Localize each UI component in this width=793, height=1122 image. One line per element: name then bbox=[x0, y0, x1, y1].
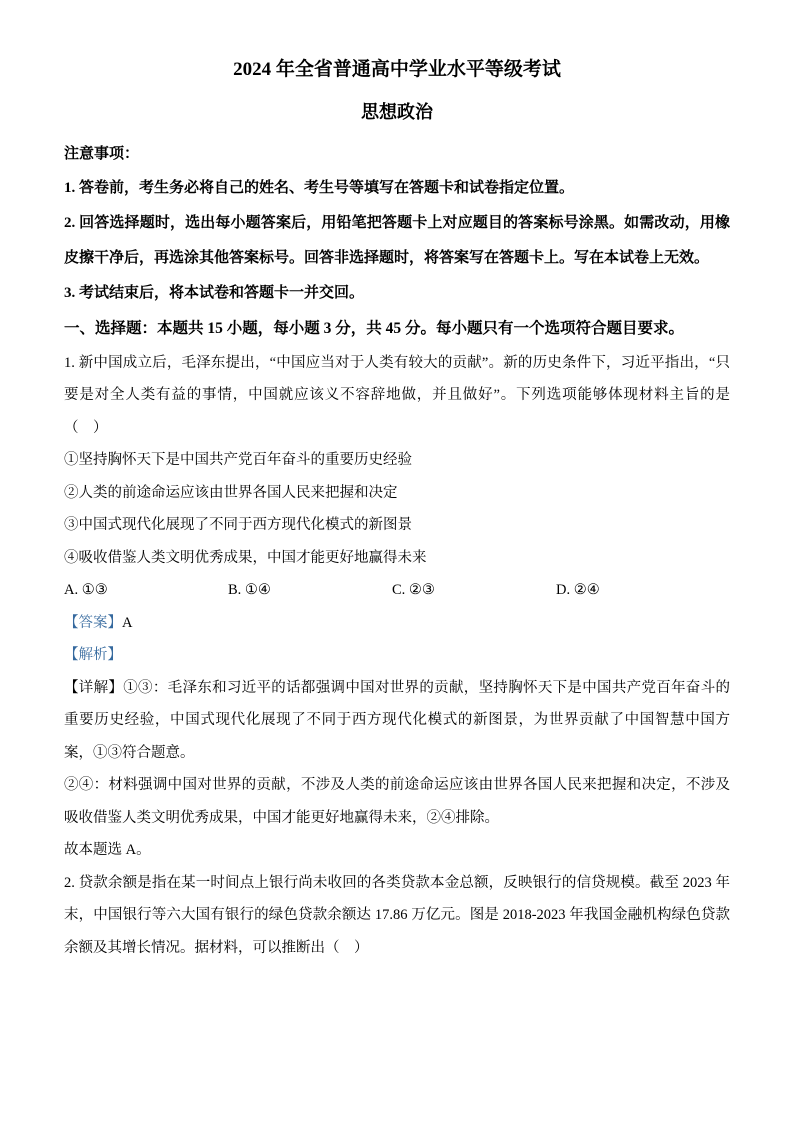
question-1-statement-1: ①坚持胸怀天下是中国共产党百年奋斗的重要历史经验 bbox=[64, 444, 730, 477]
notices-heading: 注意事项： bbox=[64, 137, 730, 171]
detail-conclusion: 故本题选 A。 bbox=[64, 834, 730, 867]
answer-value: A bbox=[122, 615, 132, 631]
exam-page: 2024 年全省普通高中学业水平等级考试 思想政治 注意事项： 1. 答卷前，考… bbox=[0, 0, 793, 1122]
question-1-statement-2: ②人类的前途命运应该由世界各国人民来把握和决定 bbox=[64, 477, 730, 510]
analysis-line: 【解析】 bbox=[64, 639, 730, 672]
subject-title: 思想政治 bbox=[64, 100, 730, 125]
notice-item-1: 1. 答卷前，考生务必将自己的姓名、考生号等填写在答题卡和试卷指定位置。 bbox=[64, 171, 730, 206]
detail-paragraph-1: 【详解】①③：毛泽东和习近平的话都强调中国对世界的贡献，坚持胸怀天下是中国共产党… bbox=[64, 672, 730, 770]
option-b: B. ①④ bbox=[228, 574, 392, 607]
notice-item-3: 3. 考试结束后，将本试卷和答题卡一并交回。 bbox=[64, 276, 730, 311]
section-heading: 一、选择题：本题共 15 小题，每小题 3 分，共 45 分。每小题只有一个选项… bbox=[64, 311, 730, 347]
analysis-label: 【解析】 bbox=[64, 647, 122, 663]
question-1-stem: 1. 新中国成立后，毛泽东提出，“中国应当对于人类有较大的贡献”。新的历史条件下… bbox=[64, 347, 730, 445]
question-2-stem: 2. 贷款余额是指在某一时间点上银行尚未收回的各类贷款本金总额，反映银行的信贷规… bbox=[64, 867, 730, 965]
option-c: C. ②③ bbox=[392, 574, 556, 607]
answer-label: 【答案】 bbox=[64, 615, 122, 631]
answer-line: 【答案】A bbox=[64, 607, 730, 640]
detail-paragraph-2: ②④：材料强调中国对世界的贡献，不涉及人类的前途命运应该由世界各国人民来把握和决… bbox=[64, 769, 730, 834]
question-1-options-row: A. ①③ B. ①④ C. ②③ D. ②④ bbox=[64, 574, 730, 607]
question-1-statement-4: ④吸收借鉴人类文明优秀成果，中国才能更好地赢得未来 bbox=[64, 542, 730, 575]
question-1-statement-3: ③中国式现代化展现了不同于西方现代化模式的新图景 bbox=[64, 509, 730, 542]
option-d: D. ②④ bbox=[556, 574, 600, 607]
notice-item-2: 2. 回答选择题时，选出每小题答案后，用铅笔把答题卡上对应题目的答案标号涂黑。如… bbox=[64, 206, 730, 276]
document-title: 2024 年全省普通高中学业水平等级考试 bbox=[64, 56, 730, 84]
option-a: A. ①③ bbox=[64, 574, 228, 607]
